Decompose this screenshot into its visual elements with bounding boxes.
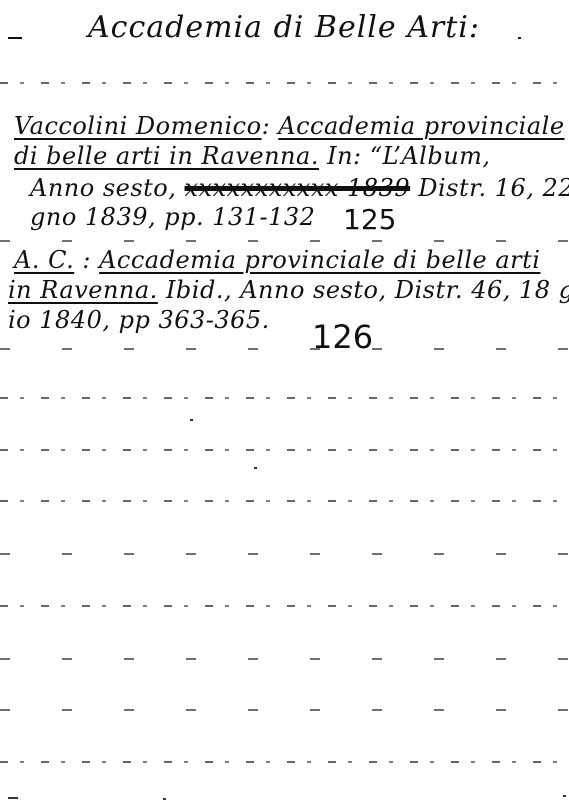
entry-1-source-intro: In: “L’Album, (319, 142, 491, 170)
entry-1-separator: : (262, 112, 279, 140)
entry-1-struck-text: xxxxxxxxxxx 1839 (185, 174, 411, 202)
entry-2-author: A. C. (14, 246, 74, 274)
entry-2-separator: : (74, 246, 99, 274)
entry-1-line-4: gno 1839, pp. 131-132 (30, 203, 315, 231)
ruled-line (0, 605, 569, 607)
entry-2-line-2: in Ravenna. Ibid., Anno sesto, Distr. 46… (8, 276, 569, 304)
ruled-line (0, 500, 569, 502)
card-heading: Accademia di Belle Arti: (88, 10, 480, 45)
entry-1-line-3: Anno sesto, xxxxxxxxxxx 1839 Distr. 16, … (30, 174, 569, 202)
entry-2-title-part-1: Accademia provinciale di belle arti (99, 246, 540, 274)
entry-1-line-1: Vaccolini Domenico: Accademia provincial… (14, 112, 565, 140)
entry-2-source-text: Ibid., Anno sesto, Distr. 46, 18 genna- (158, 276, 569, 304)
ruled-line (0, 82, 569, 84)
index-card: Accademia di Belle Arti: Vaccolini Domen… (0, 0, 569, 800)
speck (254, 467, 257, 469)
speck (8, 797, 18, 799)
entry-2-line-1: A. C. : Accademia provinciale di belle a… (14, 246, 540, 274)
ruled-line (0, 397, 569, 399)
ruled-line (0, 658, 569, 660)
ruled-line (0, 449, 569, 451)
entry-1-card-number: 125 (343, 203, 396, 236)
entry-1-line-2: di belle arti in Ravenna. In: “L’Album, (14, 142, 491, 170)
entry-1-title-part-1: Accademia provinciale (278, 112, 564, 140)
entry-1-line-3-prefix: Anno sesto, (30, 174, 185, 202)
entry-2-line-3: io 1840, pp 363-365. (8, 306, 270, 334)
ruled-line (0, 348, 569, 350)
speck (563, 795, 566, 797)
entry-1-line-3-suffix: Distr. 16, 22 giu- (410, 174, 569, 202)
ruled-line (0, 709, 569, 711)
entry-2-title-part-2: in Ravenna. (8, 276, 158, 304)
speck (190, 419, 193, 421)
entry-1-title-part-2: di belle arti in Ravenna. (14, 142, 319, 170)
margin-dash (8, 37, 22, 39)
ruled-line (0, 240, 569, 242)
ruled-line (0, 553, 569, 555)
entry-1-author: Vaccolini Domenico (14, 112, 262, 140)
margin-dot (518, 37, 521, 39)
entry-2-card-number: 126 (312, 318, 373, 356)
ruled-line (0, 761, 569, 763)
